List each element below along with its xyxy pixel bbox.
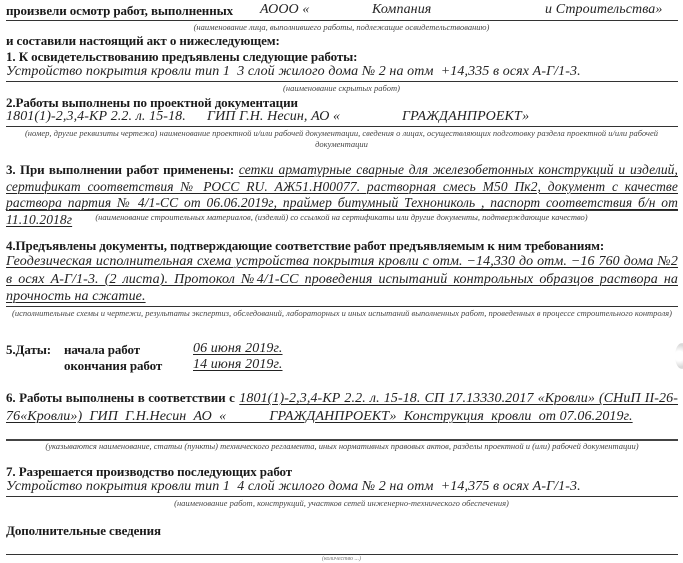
extra-underline [6, 554, 678, 555]
section-4-underline [6, 306, 678, 307]
section-3-underline [6, 210, 678, 211]
section-1-value: Устройство покрытия кровли тип 1 3 слой … [6, 64, 581, 80]
contractor-name: Компания [372, 2, 431, 18]
start-date: 06 июня 2019г. [193, 341, 283, 357]
section-7-hint: (наименование работ, конструкций, участк… [0, 498, 683, 508]
section-5-title: 5.Даты: [6, 342, 51, 358]
section-1-hint: (наименование скрытых работ) [0, 83, 683, 93]
act-intro: и составили настоящий акт о нижеследующе… [6, 33, 280, 49]
section-4-value: Геодезическая исполнительная схема устро… [6, 253, 678, 306]
section-6-block: 6. Работы выполнены в соответствии с 180… [6, 389, 678, 425]
section-2-org: ГРАЖДАНПРОЕКТ» [402, 109, 529, 125]
end-date: 14 июня 2019г. [193, 357, 283, 373]
section-2-underline [6, 126, 678, 127]
extra-hint: (количество ...) [0, 556, 683, 562]
end-label: окончания работ [64, 358, 162, 374]
contractor-suffix: и Строительства» [545, 2, 663, 18]
start-label: начала работ [64, 342, 140, 358]
section-3-hint: (наименование строительных материалов, (… [0, 212, 683, 222]
section-1-title: 1. К освидетельствованию предъявлены сле… [6, 49, 357, 65]
section-3-title: 3. При выполнении работ применены: [6, 162, 234, 177]
section-7-title: 7. Разрешается производство последующих … [6, 464, 292, 480]
scan-artifact [675, 343, 683, 369]
section-7-value: Устройство покрытия кровли тип 1 4 слой … [6, 479, 581, 495]
inspected-label: произвели осмотр работ, выполненных [6, 3, 233, 19]
section-6-hint: (указываются наименование, статьи (пункт… [6, 441, 678, 452]
section-7-underline [6, 496, 678, 497]
section-4-hint: (исполнительные схемы и чертежи, результ… [6, 308, 678, 319]
contractor-prefix: АООО « [260, 2, 309, 18]
section-2-hint: (номер, другие реквизиты чертежа) наимен… [20, 128, 663, 150]
contractor-underline [6, 20, 678, 21]
section-1-underline [6, 81, 678, 82]
section-2-doc: 1801(1)-2,3,4-КР 2.2. л. 15-18. [6, 109, 186, 125]
contractor-hint: (наименование лица, выполнившего работы,… [0, 22, 683, 32]
section-2-gip: ГИП Г.Н. Несин, АО « [207, 109, 340, 125]
extra-title: Дополнительные сведения [6, 523, 161, 539]
section-6-title: 6. Работы выполнены в соответствии с [6, 390, 235, 405]
section-4-title: 4.Предъявлены документы, подтверждающие … [6, 238, 604, 254]
